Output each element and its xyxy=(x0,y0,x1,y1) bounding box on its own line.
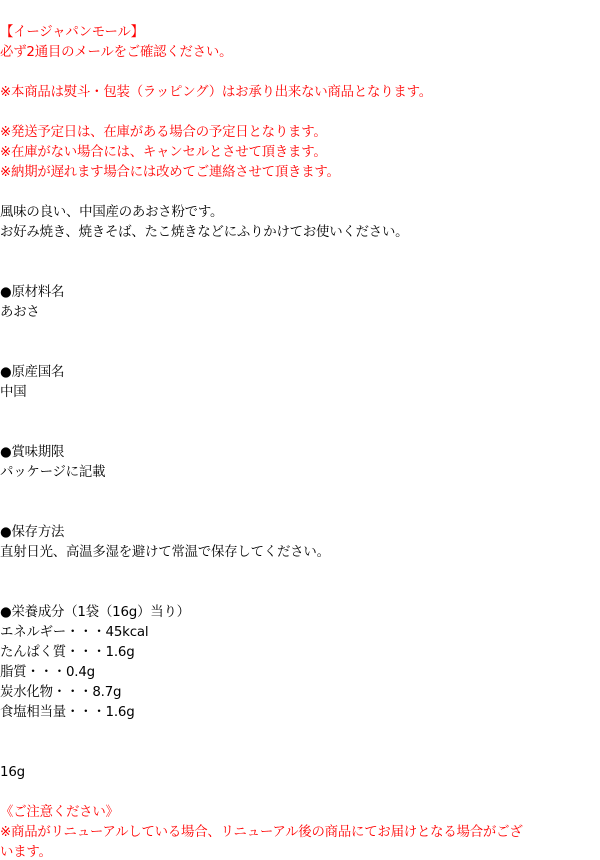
caution-heading: 《ご注意ください》 xyxy=(0,803,600,823)
wrapping-notice: ※本商品は熨斗・包装（ラッピング）はお承り出来ない商品となります。 xyxy=(0,83,600,103)
spacer xyxy=(0,423,600,443)
spacer xyxy=(0,563,600,583)
shipping-notice-out-of-stock: ※在庫がない場合には、キャンセルとさせて頂きます。 xyxy=(0,143,600,163)
best-before-value: パッケージに記載 xyxy=(0,463,600,483)
best-before-heading: ●賞味期限 xyxy=(0,443,600,463)
caution-line: います。 xyxy=(0,843,600,860)
nutrition-row-carbohydrate: 炭水化物・・・8.7g xyxy=(0,683,600,703)
spacer xyxy=(0,243,600,263)
storage-heading: ●保存方法 xyxy=(0,523,600,543)
store-name-header: 【イージャパンモール】 xyxy=(0,23,600,43)
description-line: 風味の良い、中国産のあおさ粉です。 xyxy=(0,203,600,223)
spacer xyxy=(0,403,600,423)
spacer xyxy=(0,483,600,503)
ingredients-heading: ●原材料名 xyxy=(0,283,600,303)
storage-value: 直射日光、高温多湿を避けて常温で保存してください。 xyxy=(0,543,600,563)
shipping-notice-delay: ※納期が遅れます場合には改めてご連絡させて頂きます。 xyxy=(0,163,600,183)
spacer xyxy=(0,183,600,203)
product-description-document: 【イージャパンモール】 必ず2通目のメールをご確認ください。 ※本商品は熨斗・包… xyxy=(0,23,600,860)
origin-heading: ●原産国名 xyxy=(0,363,600,383)
spacer xyxy=(0,503,600,523)
nutrition-row-fat: 脂質・・・0.4g xyxy=(0,663,600,683)
origin-value: 中国 xyxy=(0,383,600,403)
mail-notice: 必ず2通目のメールをご確認ください。 xyxy=(0,43,600,63)
spacer xyxy=(0,263,600,283)
net-weight: 16g xyxy=(0,763,600,783)
shipping-notice-schedule: ※発送予定日は、在庫がある場合の予定日となります。 xyxy=(0,123,600,143)
spacer xyxy=(0,743,600,763)
spacer xyxy=(0,343,600,363)
spacer xyxy=(0,103,600,123)
spacer xyxy=(0,323,600,343)
nutrition-row-protein: たんぱく質・・・1.6g xyxy=(0,643,600,663)
spacer xyxy=(0,63,600,83)
nutrition-heading: ●栄養成分（1袋（16g）当り） xyxy=(0,603,600,623)
description-line: お好み焼き、焼きそば、たこ焼きなどにふりかけてお使いください。 xyxy=(0,223,600,243)
nutrition-row-salt: 食塩相当量・・・1.6g xyxy=(0,703,600,723)
ingredients-value: あおさ xyxy=(0,303,600,323)
spacer xyxy=(0,783,600,803)
spacer xyxy=(0,583,600,603)
nutrition-row-energy: エネルギー・・・45kcal xyxy=(0,623,600,643)
spacer xyxy=(0,723,600,743)
caution-line: ※商品がリニューアルしている場合、リニューアル後の商品にてお届けとなる場合がござ xyxy=(0,823,600,843)
